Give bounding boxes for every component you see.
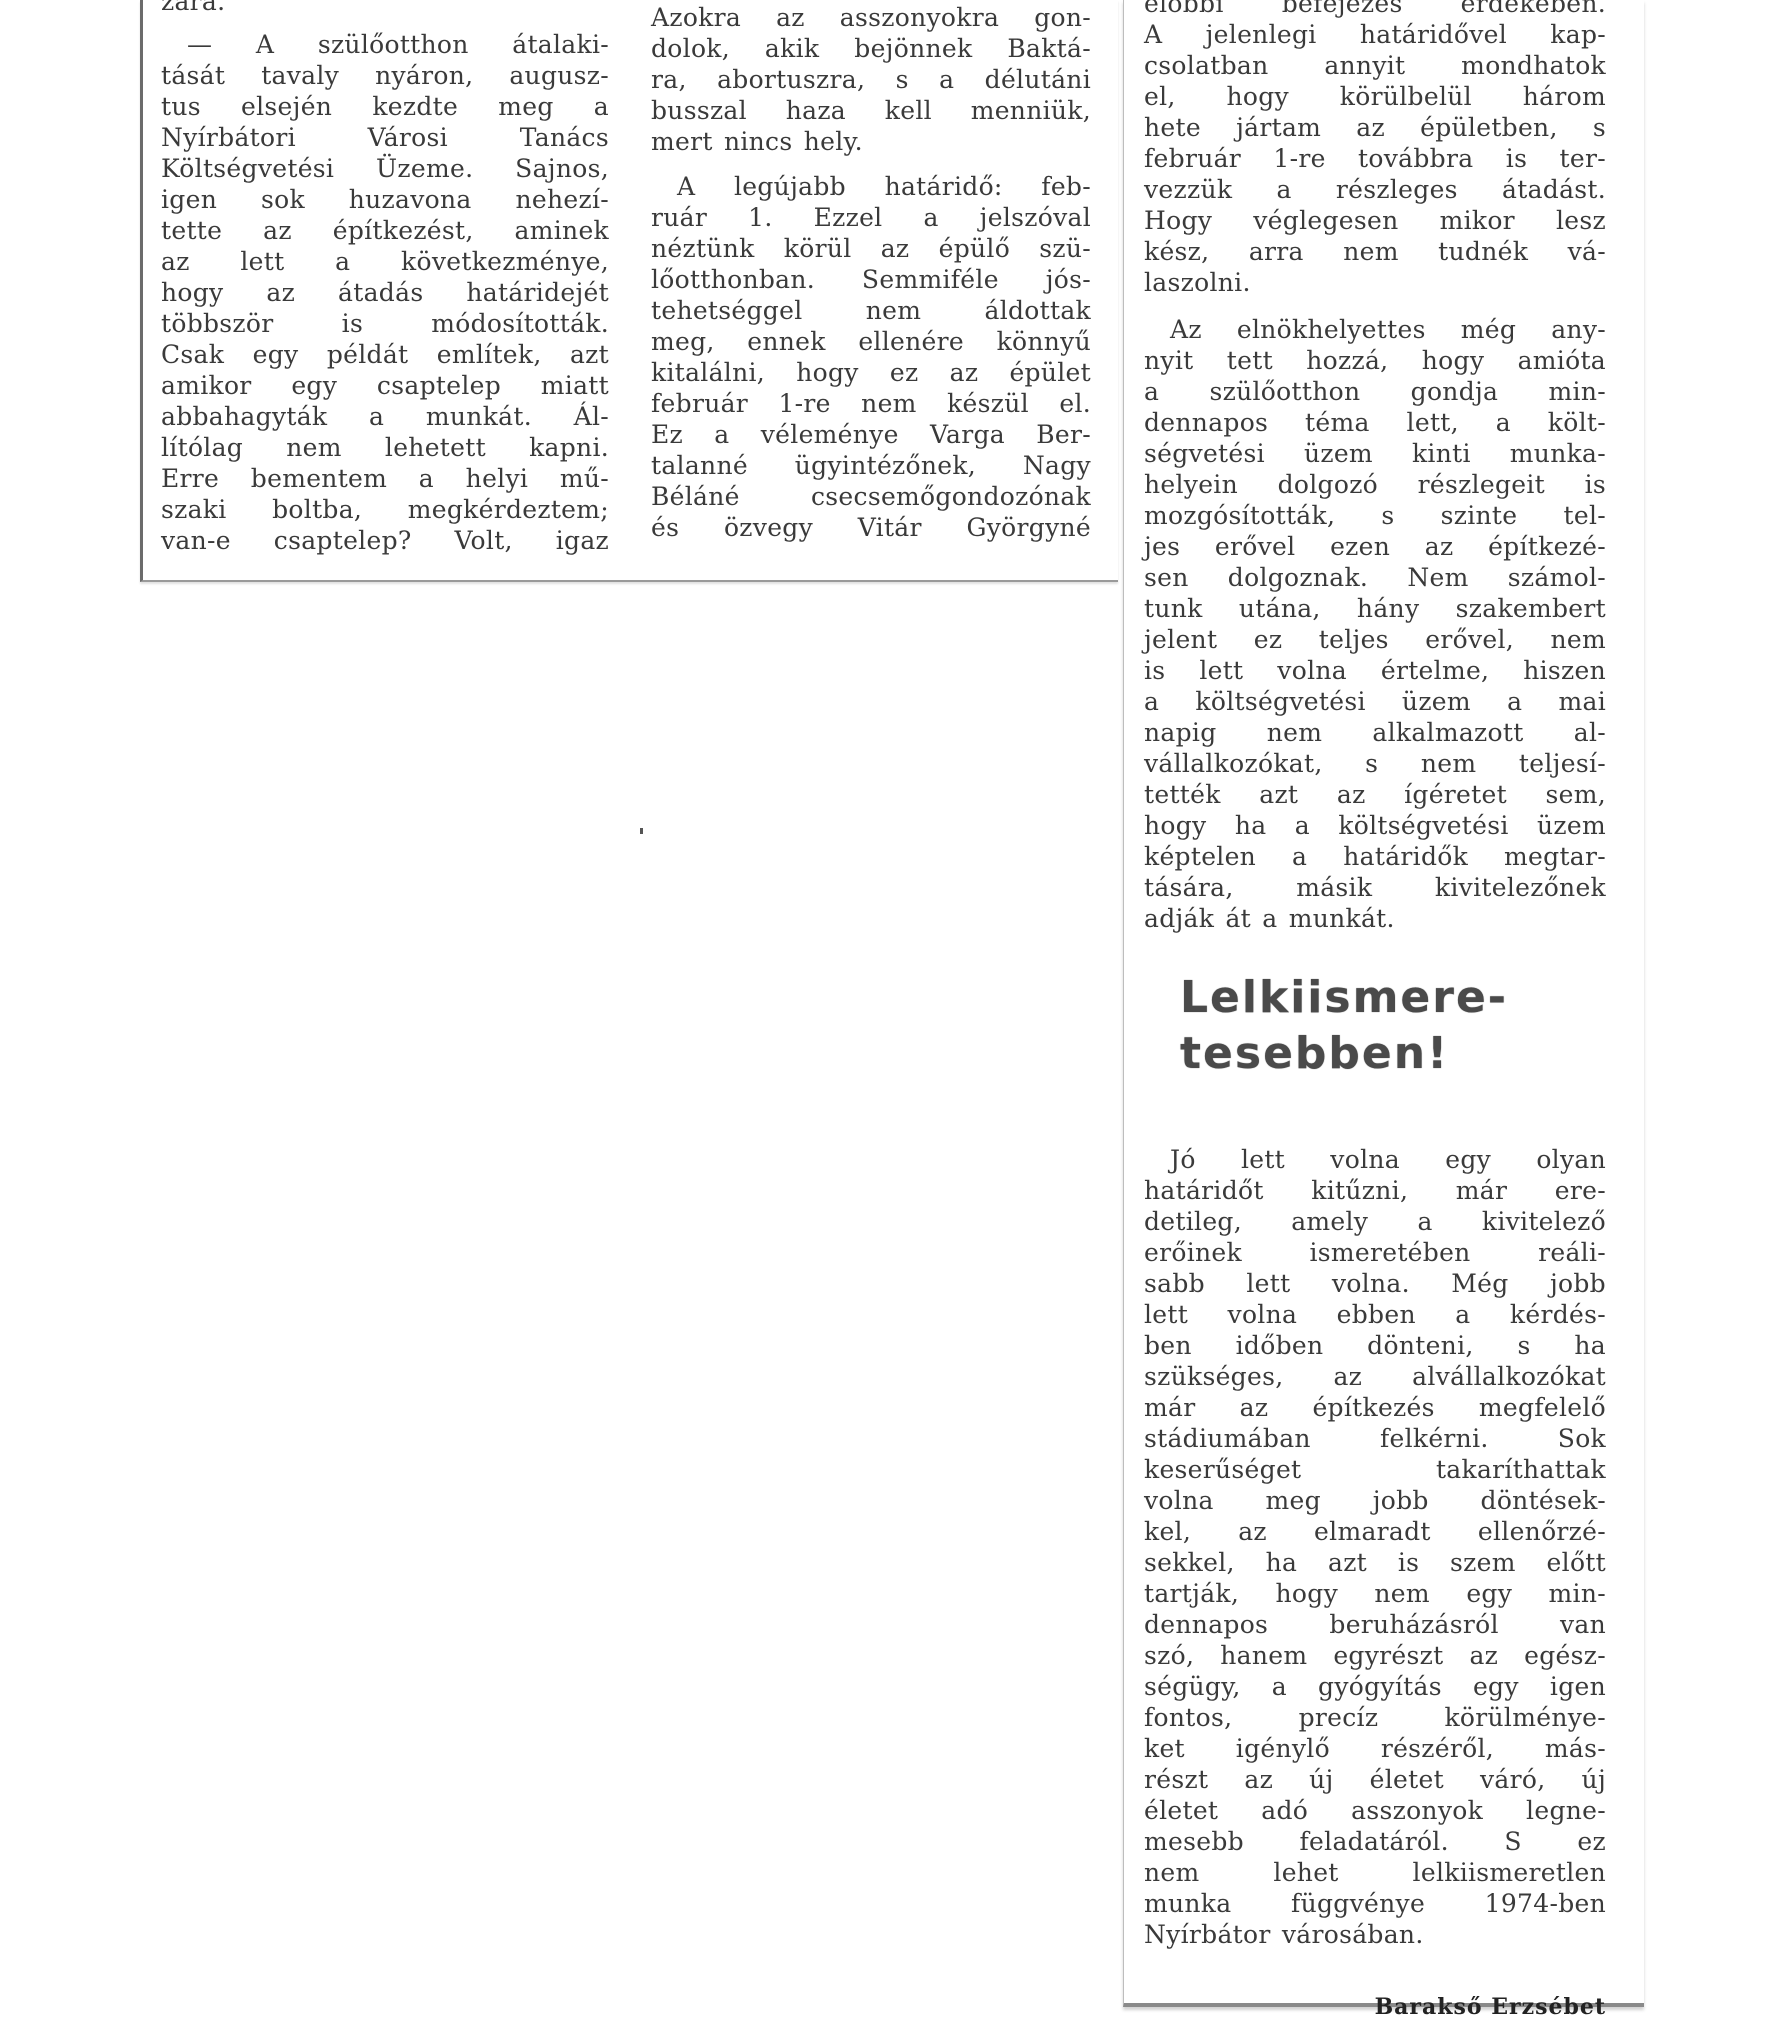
article-column-1: zára. — A szülőotthon átalaki- tását tav… [161,0,609,556]
text-line: az lett a következménye, [161,246,609,277]
article-column-2: Azokra az asszonyokra gon- dolok, akik b… [651,0,1091,543]
text-line: tására, másik kivitelezőnek [1144,872,1606,903]
text-line: február 1-re nem készül el. [651,388,1091,419]
text-line: van-e csaptelep? Volt, igaz [161,525,609,556]
text-line: talanné ügyintézőnek, Nagy [651,450,1091,481]
text-line: előbbi befejezés érdekében. [1144,0,1606,19]
text-line: Hogy véglegesen mikor lesz [1144,205,1606,236]
text-line: ségügy, a gyógyítás egy igen [1144,1671,1606,1702]
text-line: tását tavaly nyáron, augusz- [161,60,609,91]
text-line: többször is módosították. [161,308,609,339]
text-line: igen sok huzavona nehezí- [161,184,609,215]
text-line: tették azt az ígéretet sem, [1144,779,1606,810]
text-line: hogy ha a költségvetési üzem [1144,810,1606,841]
paragraph: Azokra az asszonyokra gon- dolok, akik b… [651,2,1091,157]
text-line: Az elnökhelyettes még any- [1144,314,1606,345]
subheading: Lelkiismere- tesebben! [1144,970,1606,1082]
text-line: a költségvetési üzem a mai [1144,686,1606,717]
scan-speck [640,828,643,834]
text-line: nem lehet lelkiismeretlen [1144,1857,1606,1888]
text-line: stádiumában felkérni. Sok [1144,1423,1606,1454]
paragraph: előbbi befejezés érdekében. A jelenlegi … [1144,0,1606,298]
text-line: A legújabb határidő: feb- [651,171,1091,202]
text-line: sabb lett volna. Még jobb [1144,1268,1606,1299]
text-line: Azokra az asszonyokra gon- [651,2,1091,33]
text-line: határidőt kitűzni, már ere- [1144,1175,1606,1206]
text-line: — A szülőotthon átalaki- [161,29,609,60]
subheading-line: tesebben! [1180,1026,1606,1082]
text-line: el, hogy körülbelül három [1144,81,1606,112]
text-line: dennapos téma lett, a költ- [1144,407,1606,438]
text-line: ket igénylő részéről, más- [1144,1733,1606,1764]
text-line: amikor egy csaptelep miatt [161,370,609,401]
text-line: dennapos beruházásról van [1144,1609,1606,1640]
text-line: detileg, amely a kivitelező [1144,1206,1606,1237]
text-line: február 1-re továbbra is ter- [1144,143,1606,174]
text-line: hogy az átadás határidejét [161,277,609,308]
article-column-3: előbbi befejezés érdekében. A jelenlegi … [1144,0,1606,2017]
text-line: hete jártam az épületben, s [1144,112,1606,143]
text-line: volna meg jobb döntések- [1144,1485,1606,1516]
text-line: Nyírbátori Városi Tanács [161,122,609,153]
paragraph-fragment: zára. [161,0,609,17]
text-line: keserűséget takaríthattak [1144,1454,1606,1485]
text-line: szó, hanem egyrészt az egész- [1144,1640,1606,1671]
closing-paragraph: Jó lett volna egy olyan határidőt kitűzn… [1144,1144,1606,1950]
text-line: tunk utána, hány szakembert [1144,593,1606,624]
text-line: dolok, akik bejönnek Baktá- [651,33,1091,64]
text-line: jes erővel ezen az építkezé- [1144,531,1606,562]
paragraph: — A szülőotthon átalaki- tását tavaly ny… [161,29,609,556]
text-line: nyit tett hozzá, hogy amióta [1144,345,1606,376]
text-line: sen dolgoznak. Nem számol- [1144,562,1606,593]
text-line: képtelen a határidők megtar- [1144,841,1606,872]
text-line: vállalkozókat, s nem teljesí- [1144,748,1606,779]
text-line: tartják, hogy nem egy min- [1144,1578,1606,1609]
text-line: szükséges, az alvállalkozókat [1144,1361,1606,1392]
text-line: jelent ez teljes erővel, nem [1144,624,1606,655]
text-line: mesebb feladatáról. S ez [1144,1826,1606,1857]
text-line: mozgósították, s szinte tel- [1144,500,1606,531]
author-byline: Barakső Erzsébet [1144,1994,1606,2017]
text-line: erőinek ismeretében reáli- [1144,1237,1606,1268]
text-line: ben időben dönteni, s ha [1144,1330,1606,1361]
text-line: is lett volna értelme, hiszen [1144,655,1606,686]
text-line: Béláné csecsemőgondozónak [651,481,1091,512]
text-line: Erre bementem a helyi mű- [161,463,609,494]
text-line: helyein dolgozó részlegeit is [1144,469,1606,500]
text-line: lett volna ebben a kérdés- [1144,1299,1606,1330]
text-line: Jó lett volna egy olyan [1144,1144,1606,1175]
text-line: ségvetési üzem kinti munka- [1144,438,1606,469]
text-line: tus elsején kezdte meg a [161,91,609,122]
text-line: tehetséggel nem áldottak [651,295,1091,326]
text-line: Költségvetési Üzeme. Sajnos, [161,153,609,184]
text-line: munka függvénye 1974-ben [1144,1888,1606,1919]
text-line: csolatban annyit mondhatok [1144,50,1606,81]
text-line: szaki boltba, megkérdeztem; [161,494,609,525]
text-line: néztünk körül az épülő szü- [651,233,1091,264]
text-line: Nyírbátor városában. [1144,1919,1606,1950]
text-line: életet adó asszonyok legne- [1144,1795,1606,1826]
text-line: sekkel, ha azt is szem előtt [1144,1547,1606,1578]
text-line: tette az építkezést, aminek [161,215,609,246]
text-line: Ez a véleménye Varga Ber- [651,419,1091,450]
text-line: laszolni. [1144,267,1606,298]
text-line: meg, ennek ellenére könnyű [651,326,1091,357]
text-line: kész, arra nem tudnék vá- [1144,236,1606,267]
text-line: lítólag nem lehetett kapni. [161,432,609,463]
paragraph: Az elnökhelyettes még any- nyit tett hoz… [1144,314,1606,934]
text-line: napig nem alkalmazott al- [1144,717,1606,748]
text-line: már az építkezés megfelelő [1144,1392,1606,1423]
text-line: kel, az elmaradt ellenőrzé- [1144,1516,1606,1547]
text-line: ra, abortuszra, s a délutáni [651,64,1091,95]
clipping-left-panel: zára. — A szülőotthon átalaki- tását tav… [140,0,1118,582]
text-line: zára. [161,0,609,17]
text-line: kitalálni, hogy ez az épület [651,357,1091,388]
text-line: abbahagyták a munkát. Ál- [161,401,609,432]
clipping-right-panel: előbbi befejezés érdekében. A jelenlegi … [1123,0,1644,2007]
paragraph: A legújabb határidő: feb- ruár 1. Ezzel … [651,171,1091,543]
text-line: lőotthonban. Semmiféle jós- [651,264,1091,295]
text-line: a szülőotthon gondja min- [1144,376,1606,407]
text-line: vezzük a részleges átadást. [1144,174,1606,205]
text-line: A jelenlegi határidővel kap- [1144,19,1606,50]
text-line: részt az új életet váró, új [1144,1764,1606,1795]
text-line: busszal haza kell menniük, [651,95,1091,126]
text-line: mert nincs hely. [651,126,1091,157]
text-line: fontos, precíz körülménye- [1144,1702,1606,1733]
subheading-line: Lelkiismere- [1180,970,1606,1026]
text-line: adják át a munkát. [1144,903,1606,934]
text-line: Csak egy példát említek, azt [161,339,609,370]
text-line: ruár 1. Ezzel a jelszóval [651,202,1091,233]
text-line: és özvegy Vitár Györgyné [651,512,1091,543]
